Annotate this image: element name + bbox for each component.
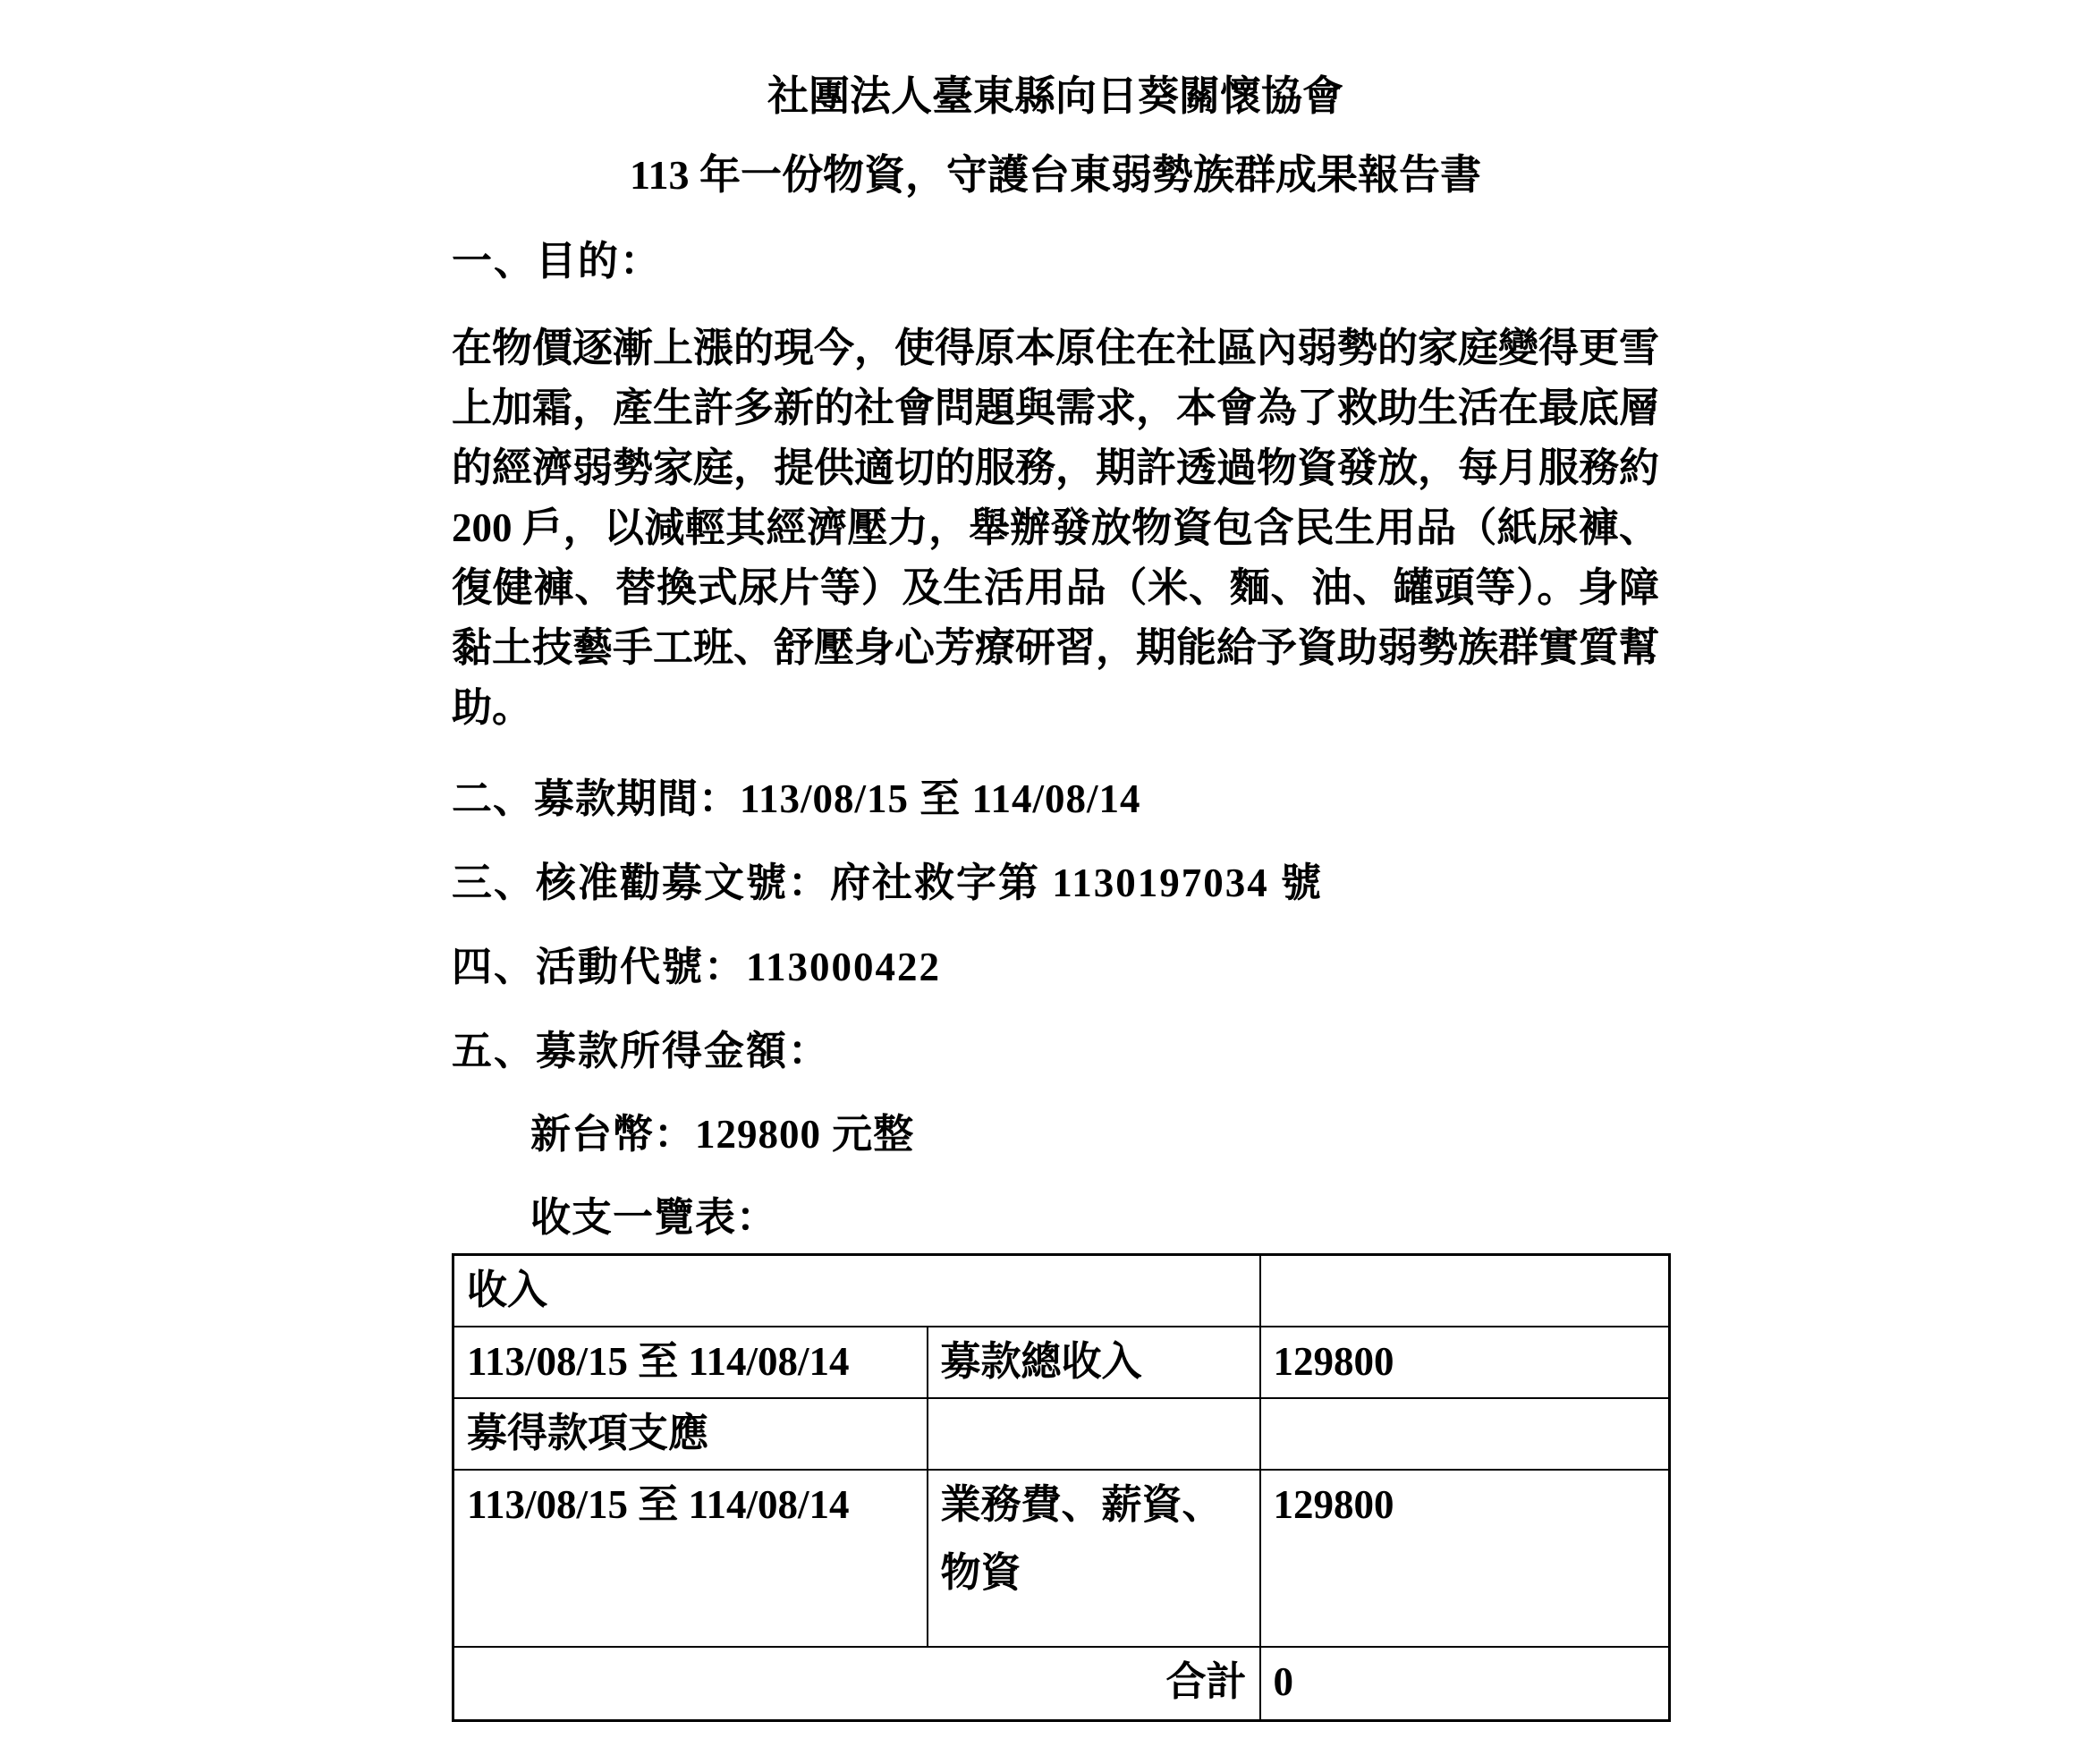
amount-line: 新台幣：129800 元整 bbox=[530, 1107, 1659, 1161]
expense-amount-cell: 129800 bbox=[1260, 1470, 1670, 1647]
table-caption: 收支一覽表： bbox=[530, 1191, 1659, 1244]
income-header-cell: 收入 bbox=[453, 1255, 1260, 1327]
page-subtitle: 113 年一份物資，守護台東弱勢族群成果報告書 bbox=[452, 148, 1659, 202]
section-5-line: 五、募款所得金額： bbox=[452, 1024, 1659, 1078]
income-header-empty-cell bbox=[1260, 1255, 1670, 1327]
document-page: 社團法人臺東縣向日葵關懷協會 113 年一份物資，守護台東弱勢族群成果報告書 一… bbox=[0, 0, 2093, 1764]
paragraph-line-7: 助。 bbox=[452, 678, 1659, 738]
section-1-heading: 一、目的： bbox=[452, 234, 1659, 288]
section-2-line: 二、募款期間：113/08/15 至 114/08/14 bbox=[452, 772, 1659, 826]
total-row: 合計 0 bbox=[453, 1647, 1670, 1721]
expense-header-cell: 募得款項支應 bbox=[453, 1398, 928, 1470]
section-3-line: 三、核准勸募文號：府社救字第 1130197034 號 bbox=[452, 856, 1659, 910]
document-body: 社團法人臺東縣向日葵關懷協會 113 年一份物資，守護台東弱勢族群成果報告書 一… bbox=[0, 0, 2093, 1722]
paragraph-line-5: 復健褲、替換式尿片等）及生活用品（米、麵、油、罐頭等）。身障 bbox=[452, 558, 1659, 618]
expense-period-cell: 113/08/15 至 114/08/14 bbox=[453, 1470, 928, 1647]
expense-header-row: 募得款項支應 bbox=[453, 1398, 1670, 1470]
income-amount-cell: 129800 bbox=[1260, 1327, 1670, 1398]
income-header-row: 收入 bbox=[453, 1255, 1670, 1327]
expense-item-cell: 業務費、薪資、物資 bbox=[928, 1470, 1260, 1647]
income-item-cell: 募款總收入 bbox=[928, 1327, 1260, 1398]
income-data-row: 113/08/15 至 114/08/14 募款總收入 129800 bbox=[453, 1327, 1670, 1398]
income-period-cell: 113/08/15 至 114/08/14 bbox=[453, 1327, 928, 1398]
paragraph-line-3: 的經濟弱勢家庭，提供適切的服務，期許透過物資發放，每月服務約 bbox=[452, 438, 1659, 498]
paragraph-line-4: 200 戶，以減輕其經濟壓力，舉辦發放物資包含民生用品（紙尿褲、 bbox=[452, 498, 1659, 558]
paragraph-line-1: 在物價逐漸上漲的現今，使得原本原住在社區內弱勢的家庭變得更雪 bbox=[452, 318, 1659, 378]
section-4-line: 四、活動代號：113000422 bbox=[452, 940, 1659, 994]
paragraph-line-6: 黏土技藝手工班、舒壓身心芳療研習，期能給予資助弱勢族群實質幫 bbox=[452, 618, 1659, 678]
total-label-cell: 合計 bbox=[453, 1647, 1260, 1721]
paragraph-line-2: 上加霜，產生許多新的社會問題與需求，本會為了救助生活在最底層 bbox=[452, 378, 1659, 438]
expense-header-empty-cell-2 bbox=[1260, 1398, 1670, 1470]
income-expense-table: 收入 113/08/15 至 114/08/14 募款總收入 129800 募得… bbox=[452, 1253, 1671, 1722]
purpose-paragraph: 在物價逐漸上漲的現今，使得原本原住在社區內弱勢的家庭變得更雪 上加霜，產生許多新… bbox=[452, 318, 1659, 738]
expense-header-empty-cell-1 bbox=[928, 1398, 1260, 1470]
total-amount-cell: 0 bbox=[1260, 1647, 1670, 1721]
page-title: 社團法人臺東縣向日葵關懷協會 bbox=[452, 70, 1659, 123]
expense-data-row: 113/08/15 至 114/08/14 業務費、薪資、物資 129800 bbox=[453, 1470, 1670, 1647]
